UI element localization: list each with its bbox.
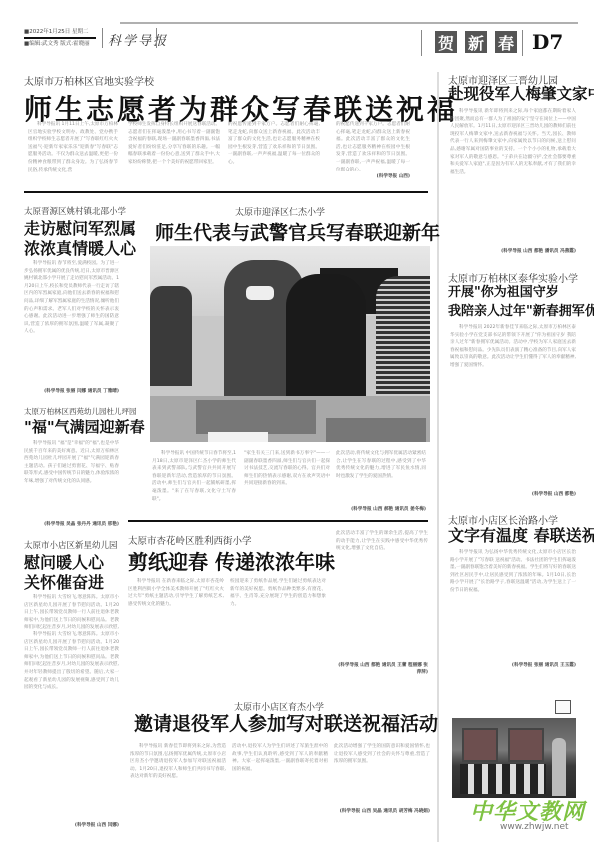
changzhi-byline: (科学导报 张丽 通讯员 王玉霞) (450, 662, 576, 668)
editor-line: ■编辑:武文秀 版式:霍晓丽 (24, 40, 90, 49)
xiyuan-kicker: 太原万柏林区西苑幼儿园杜儿坪园 (24, 406, 137, 417)
taihua-headline-1: 开展"你为祖国守岁 (448, 283, 559, 302)
date-underline (24, 37, 96, 39)
shengli-byline: (科学导报 山西 都艳 通讯员 王蕾 程丽娜 张萍萍) (336, 662, 428, 676)
section-rule (24, 191, 428, 193)
beiyu-kicker: 太原晋源区姚村镇北邵小学 (24, 205, 126, 217)
teacher-writing (286, 274, 366, 414)
beiyu-body: 科学导报讯 春节将至,爱满校园。为了进一步弘扬拥军优属的优良传统,近日,太原市晋… (24, 260, 119, 384)
xinxing-headline-2: 关怀催奋进 (24, 573, 104, 592)
lead-col-2: 学校师生发挥自身特长组织开展送春联活动。志愿者们在挥毫泼墨中,用心书写着一副副饱… (128, 121, 220, 185)
section-divider (522, 30, 523, 56)
shengli-kicker: 太原市杏花岭区胜利西街小学 (128, 533, 252, 547)
date-line: ■2022年1月25日 星期二 (24, 28, 88, 37)
taihua-byline: (科学导报 山西 都艳) (450, 491, 576, 497)
shengli-col-3: 此次活动丰富了学生的课余生活,提高了学生的动手能力,让学生在实践中感受中华优秀传… (336, 530, 428, 660)
renjie-kicker: 太原市迎泽区仁杰小学 (235, 205, 325, 218)
red-paper-sheet (196, 400, 316, 434)
wall-hanging (508, 728, 544, 762)
yujie-col-1: 科学导报讯 新春佳节即将到来之际,为营造浓厚的节日氛围,弘扬拥军优属传统,太原市… (130, 743, 226, 827)
sanjin-body: 科学导报讯 新年即将到来之际,每个家庭都在期盼着家人的团聚,然而总有一群人为了祖… (450, 108, 576, 236)
photo-calligraphy-with-soldiers (150, 246, 430, 442)
renjie-byline: (科学导报 山西 郝艳 通讯员 姜冬梅) (336, 506, 426, 512)
xinxing-headline-1: 慰问暖人心 (24, 553, 104, 572)
teacher-figure (552, 738, 566, 796)
yujie-col-3: 此次活动增强了学生的国防意识和爱国情怀,也让退役军人感受到了社会的关怀与尊重,营… (334, 743, 430, 805)
document-icon (555, 700, 571, 714)
beiyu-headline-2: 浓浓真情暖人心 (24, 239, 136, 258)
header-rule (120, 22, 578, 24)
lead-col-3: 的祝愿传递到千家万户。志愿者们耐心挥毫,笔走龙蛇,向群众送上新春祝福。此次活动丰… (228, 121, 320, 177)
renjie-col-3: 此次活动,将传统文化与拥军优属活动紧密结合,让学生在写春联的过程中,感受到了中华… (336, 450, 426, 498)
wall-hanging (462, 728, 498, 762)
white-paper (208, 432, 268, 442)
person-camouflage (150, 286, 192, 386)
shengli-col-1: 科学导报讯 在新春来临之际,太原市杏花岭区胜利西街小学全体美术教师开展了"红红火… (128, 578, 224, 680)
changzhi-body: 科学导报讯 为弘扬中华优秀传统文化,太原市小店区长治路小学开展了"写春联 送祝福… (450, 549, 576, 659)
xiyuan-headline: "福"气满园迎新春 (24, 418, 145, 437)
renjie-col-1: 科学导报讯 中国传统节日春节将至,1月18日,太原市迎泽区仁杰小学的师生代表来到… (152, 450, 236, 504)
shengli-headline: 剪纸迎春 传递浓浓年味 (128, 546, 335, 575)
xinxing-body: 科学导报讯 大雪纷飞,寒意阵阵。太原市小店区新星幼儿园开展了春节慰问活动。1月2… (24, 631, 119, 831)
watermark-url: www.zhwjw.net (500, 822, 569, 832)
lead-col-1: 科学导报讯 1月11日上午,太原市万柏林区官地实验学校文明办、政教处、党办携手组… (28, 121, 118, 185)
xinxing-byline: (科学导报 山西 闫娜) (24, 822, 119, 828)
section-divider (421, 30, 422, 56)
section-char-chun: 春 (495, 31, 517, 53)
beiyu-byline: (科学导报 张丽 闫娜 通讯员 丁雅晴) (24, 388, 119, 394)
sanjin-headline: 赴现役军人梅肇文家中慰问 (448, 85, 594, 104)
lead-kicker: 太原市万柏林区官地实验学校 (24, 73, 154, 88)
shengli-col-2: 校园迎来了剪纸作品展,学生们通过剪纸表达对新年的美好祝愿。剪纸作品种类繁多,有窗… (230, 578, 326, 680)
section-rule (128, 520, 428, 522)
page-number: D7 (532, 30, 563, 54)
students-row (460, 764, 546, 794)
lead-col-4: 的祝愿传递到千家万户。志愿者们耐心挥毫,笔走龙蛇,向群众送上新春祝福。此次活动丰… (336, 121, 410, 171)
changzhi-headline: 文字有温度 春联送祝福 (448, 526, 594, 545)
paper-logo: 科学导报 (108, 30, 168, 49)
taihua-headline-2: 我陪亲人过年"新春拥军优属活动 (448, 302, 594, 321)
beiyu-headline-1: 走访慰问军烈属 (24, 219, 136, 238)
xiyuan-byline: (科学导报 吴晶 张丹丹 通讯员 邢艳) (24, 521, 119, 527)
masthead-divider (156, 28, 157, 48)
xinxing-body-lead: 科学导报讯 大雪纷飞,寒意阵阵。太原市小店区新星幼儿园开展了春节慰问活动。1月2… (24, 594, 119, 630)
yujie-col-2: 活动中,退役军人为学生们讲述了军旅生涯中的故事,学生们认真聆听,感受到了军人的奉… (232, 743, 328, 827)
section-char-he: 贺 (435, 31, 457, 53)
xiyuan-body: 科学导报讯 "福"是"幸福"的"福",也是中华民族千百年来的美好寓意。近日,太原… (24, 440, 119, 518)
face-mask (246, 286, 274, 300)
renjie-col-2: "家生有关三门来,送到新书万事字"——一副副春联墨香四溢,师生们与官兵们一起探讨… (244, 450, 330, 512)
yujie-byline: (科学导报 山西 吴晶 通讯员 胡芳梅 冯晓娟) (334, 808, 430, 815)
section-char-xin: 新 (465, 31, 487, 53)
photo-students-with-teacher (452, 718, 576, 798)
changzhi-kicker: 太原市小店区长治路小学 (448, 512, 558, 527)
lead-byline: (科学导报 山西) (336, 173, 410, 179)
masthead-divider (102, 28, 103, 48)
taihua-body: 科学导报讯 2022年新春佳节来临之际,太原市万柏林区泰华实验小学在党支部书记的… (450, 324, 576, 490)
xinxing-kicker: 太原市小店区新星幼儿园 (24, 539, 118, 551)
yujie-headline: 邀请退役军人参加写对联送祝福活动 (134, 712, 438, 736)
sanjin-byline: (科学导报 山西 都艳 潘讯员 冯燕霞) (450, 248, 576, 254)
red-paper-sheet (326, 418, 426, 442)
renjie-headline: 师生代表与武警官兵写春联迎新年 (155, 218, 440, 245)
